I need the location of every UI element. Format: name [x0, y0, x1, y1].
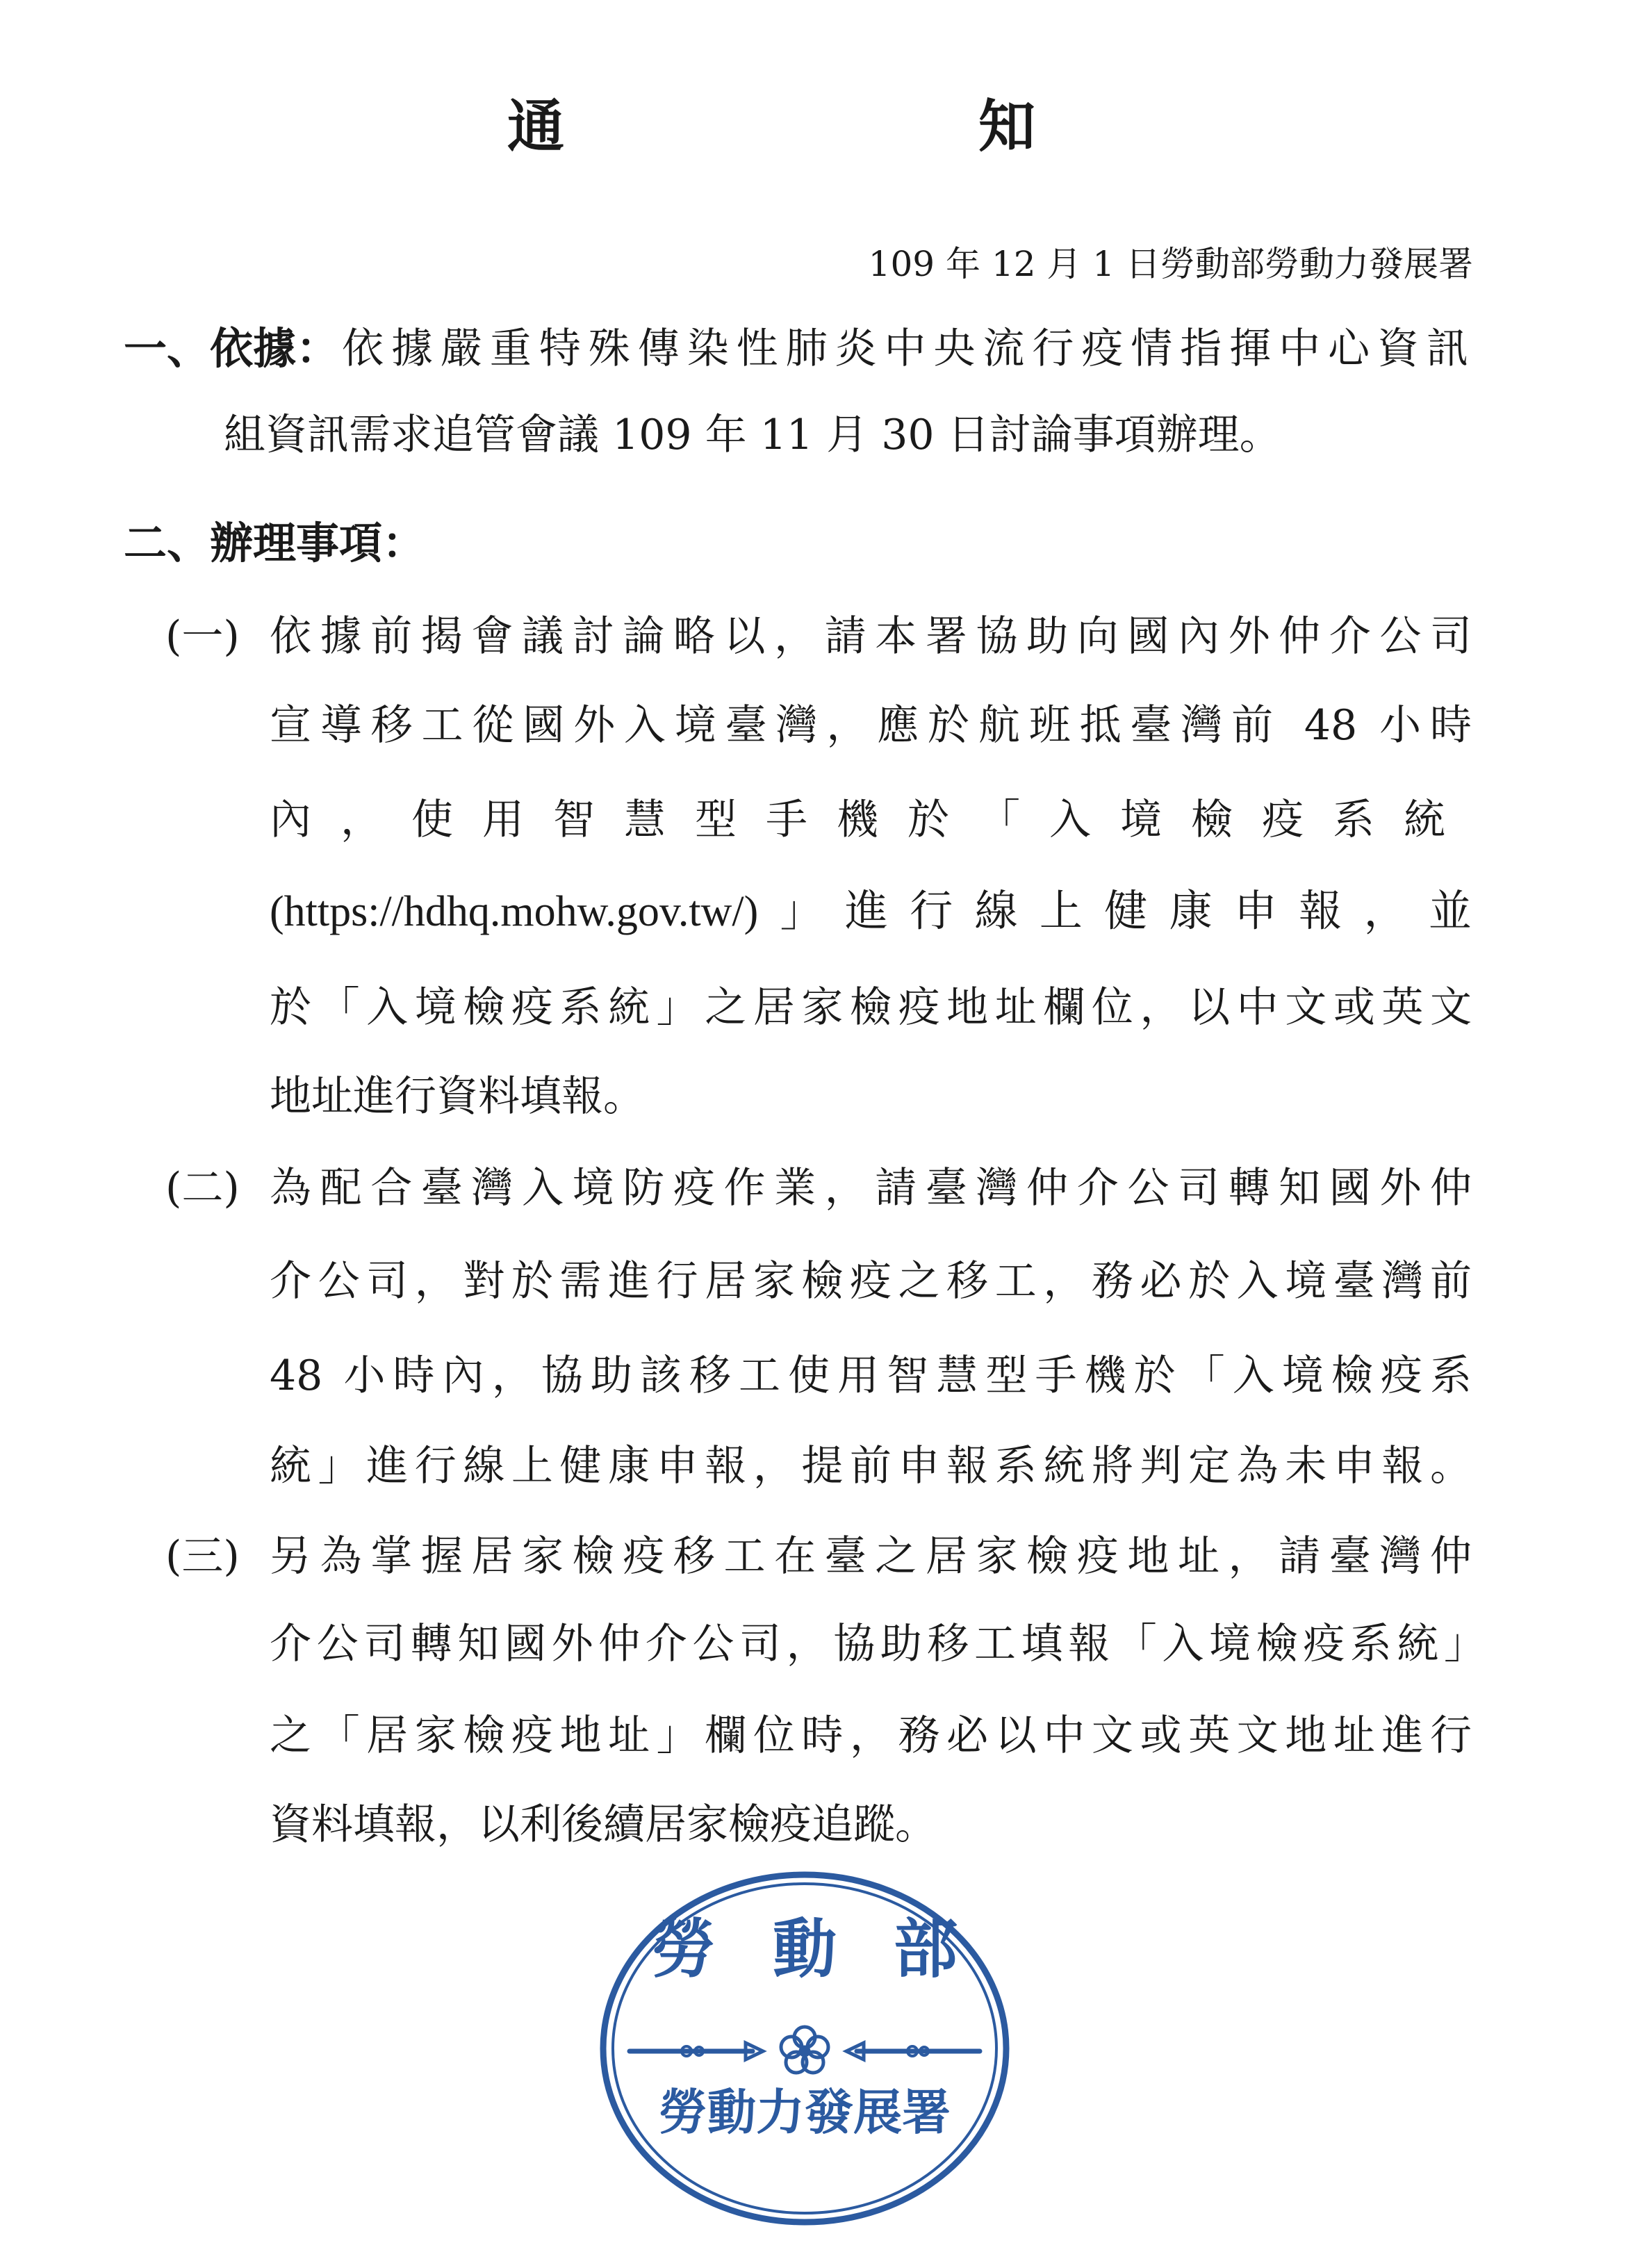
seal-bottom-char-4: 發 — [805, 2081, 853, 2144]
official-seal-stamp: 勞 動 部 勞 動 力 發 展 署 — [596, 1869, 1013, 2230]
item3-text-line2: 介公司轉知國外仲介公司，協助移工填報「入境檢疫系統」 — [270, 1616, 1486, 1672]
document-title: 通 知 — [507, 83, 1035, 160]
item1-line1: (一) 依據前揭會議討論略以，請本署協助向國內外仲介公司 — [165, 609, 1472, 664]
item3-marker: (三) — [165, 1529, 270, 1584]
seal-bottom-char-6: 署 — [902, 2081, 951, 2144]
item2-text-line2: 介公司，對於需進行居家檢疫之移工，務必於入境臺灣前 — [270, 1254, 1472, 1309]
title-char-1: 通 — [507, 81, 564, 163]
document-page: 通 知 109 年 12 月 1 日勞動部勞動力發展署 一、依據： 依據嚴重特殊… — [0, 0, 1651, 2268]
seal-bottom-text: 勞 動 力 發 展 署 — [659, 2081, 951, 2144]
item2-text-line4: 統」進行線上健康申報，提前申報系統將判定為未申報。 — [270, 1438, 1472, 1494]
seal-bottom-char-1: 勞 — [659, 2081, 707, 2144]
item1-text-line5: 於「入境檢疫系統」之居家檢疫地址欄位，以中文或英文 — [270, 980, 1472, 1035]
item3-text-line4: 資料填報，以利後續居家檢疫追蹤。 — [270, 1797, 937, 1852]
item1-text-line2: 宣導移工從國外入境臺灣，應於航班抵臺灣前 48 小時 — [270, 698, 1472, 753]
seal-top-text: 勞 動 部 — [652, 1911, 958, 1987]
seal-top-char-3: 部 — [894, 1911, 958, 1987]
seal-bottom-char-5: 展 — [853, 2081, 902, 2144]
item1-text-line4-url: (https://hdhq.mohw.gov.tw/)」進行線上健康申報，並 — [270, 884, 1472, 939]
seal-bottom-char-3: 力 — [756, 2081, 805, 2144]
section1-label: 一、依據： — [124, 321, 339, 377]
section1-line1: 一、依據： 依據嚴重特殊傳染性肺炎中央流行疫情指揮中心資訊 — [124, 321, 1468, 377]
seal-top-char-1: 勞 — [652, 1911, 716, 1987]
dateline-issuer: 109 年 12 月 1 日勞動部勞動力發展署 — [862, 242, 1473, 286]
section1-line2: 組資訊需求追管會議 109 年 11 月 30 日討論事項辦理。 — [224, 407, 1433, 463]
item3-text-line3: 之「居家檢疫地址」欄位時，務必以中文或英文地址進行 — [270, 1708, 1472, 1764]
item1-text-line1: 依據前揭會議討論略以，請本署協助向國內外仲介公司 — [270, 609, 1472, 664]
plum-blossom-icon — [781, 2027, 828, 2073]
item2-text-line3: 48 小時內，協助該移工使用智慧型手機於「入境檢疫系 — [270, 1348, 1472, 1404]
item1-text-line3: 內，使用智慧型手機於「入境檢疫系統 — [270, 792, 1472, 848]
item2-marker: (二) — [165, 1160, 270, 1216]
item2-text-line1: 為配合臺灣入境防疫作業，請臺灣仲介公司轉知國外仲 — [270, 1160, 1472, 1216]
seal-top-char-2: 動 — [773, 1911, 837, 1987]
item3-line1: (三) 另為掌握居家檢疫移工在臺之居家檢疫地址，請臺灣仲 — [165, 1529, 1472, 1584]
item3-text-line1: 另為掌握居家檢疫移工在臺之居家檢疫地址，請臺灣仲 — [270, 1529, 1472, 1584]
seal-bottom-char-2: 動 — [707, 2081, 756, 2144]
section2-label: 二、辦理事項： — [124, 516, 425, 571]
item2-line1: (二) 為配合臺灣入境防疫作業，請臺灣仲介公司轉知國外仲 — [165, 1160, 1472, 1216]
item1-marker: (一) — [165, 609, 270, 664]
item1-text-line6: 地址進行資料填報。 — [270, 1069, 645, 1124]
section1-body-line1: 依據嚴重特殊傳染性肺炎中央流行疫情指揮中心資訊 — [342, 321, 1468, 377]
title-char-2: 知 — [978, 81, 1035, 163]
